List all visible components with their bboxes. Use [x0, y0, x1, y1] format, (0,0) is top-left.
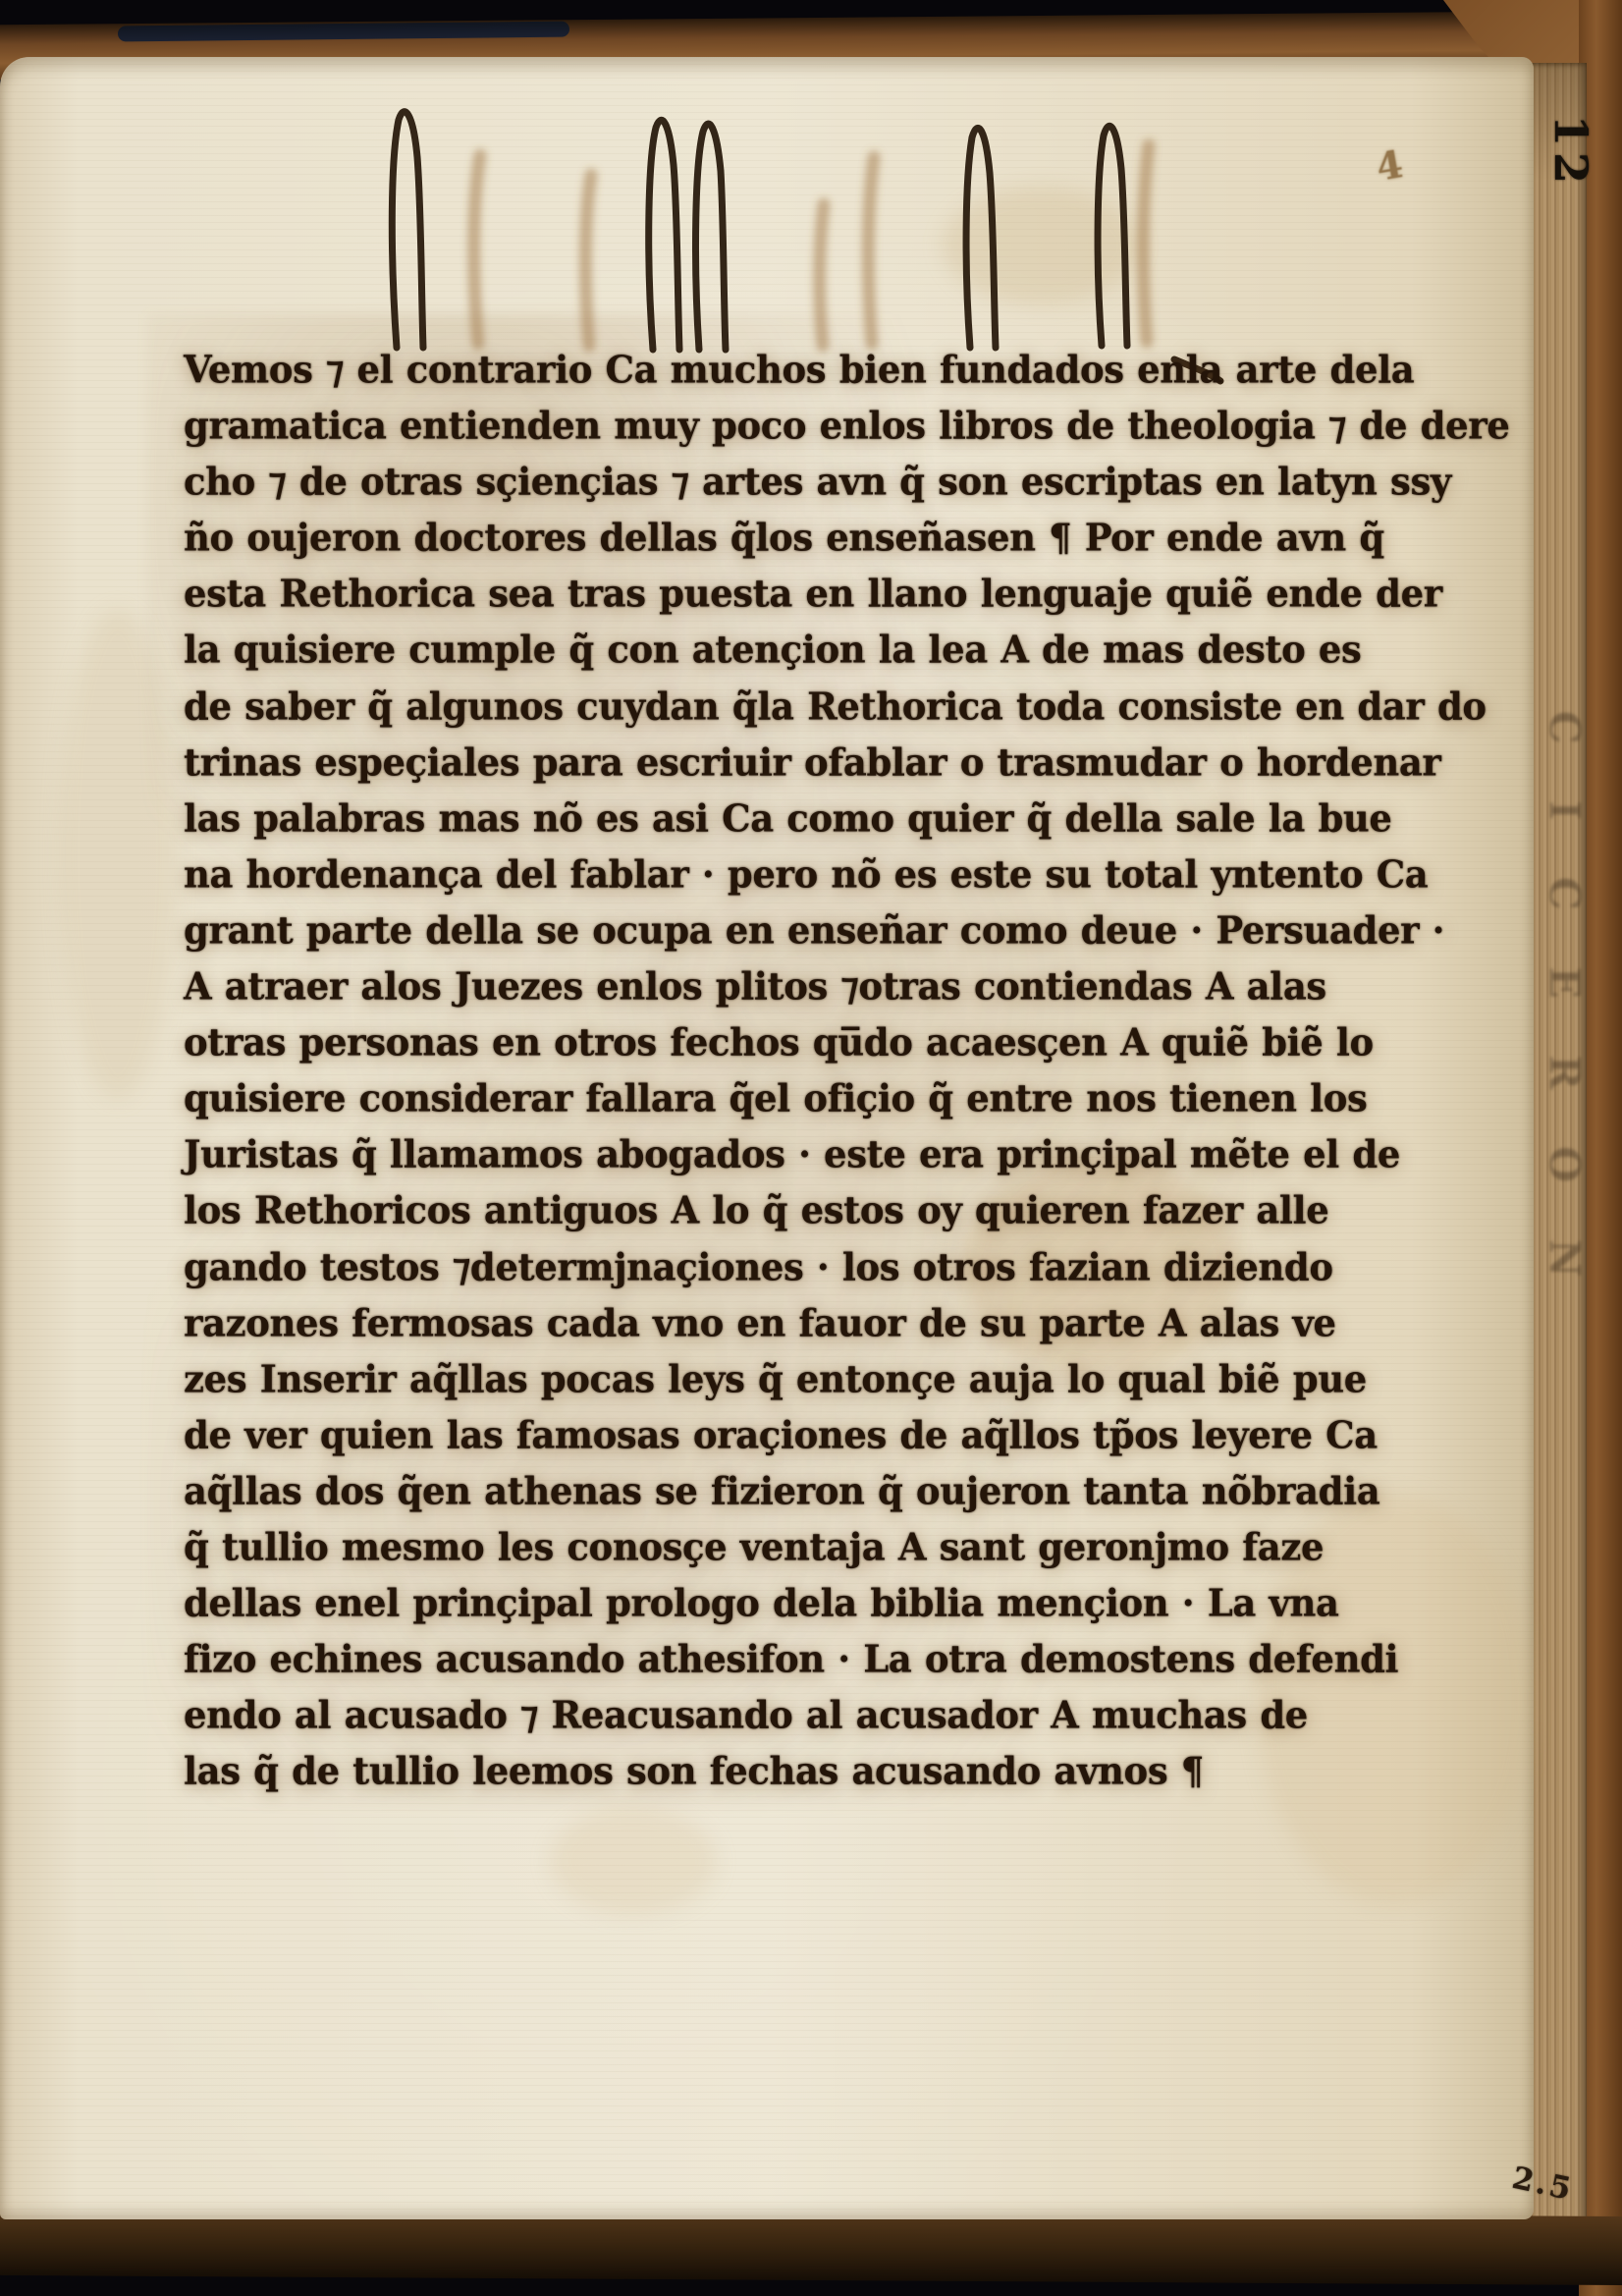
fore-edge-title: CICERON	[1541, 711, 1589, 1334]
manuscript-line: la quisiere cumple q̃ con atençion la le…	[184, 621, 1209, 679]
manuscript-line: q̃ tullio mesmo les conosçe ventaja A sa…	[184, 1518, 1209, 1576]
manuscript-line: esta Rethorica sea tras puesta en llano …	[184, 565, 1209, 623]
manuscript-line: ño oujeron doctores dellas q̃los enseñas…	[184, 509, 1209, 567]
manuscript-line: dellas enel prinçipal prologo dela bibli…	[184, 1574, 1209, 1632]
manuscript-line: na hordenança del fablar · pero nõ es es…	[184, 846, 1209, 903]
manuscript-line: otras personas en otros fechos qu̅do aca…	[184, 1013, 1209, 1071]
manuscript-line: trinas espeçiales para escriuir ofablar …	[184, 734, 1209, 792]
manuscript-line: Juristas q̃ llamamos abogados · este era…	[184, 1125, 1209, 1183]
manuscript-line: grant parte della se ocupa en enseñar co…	[184, 902, 1209, 959]
manuscript-line: endo al acusado ⁊ Reacusando al acusador…	[184, 1686, 1209, 1744]
manuscript-line: zes Inserir aq̃llas pocas leys q̃ entonç…	[184, 1350, 1209, 1408]
manuscript-line: gramatica entienden muy poco enlos libro…	[184, 397, 1209, 455]
paper-stain	[943, 187, 1139, 304]
manuscript-line: cho ⁊ de otras sçiençias ⁊ artes avn q̃ …	[184, 453, 1209, 511]
paper-stain	[550, 1807, 717, 1915]
fore-edge-number-top: 12	[1544, 105, 1597, 199]
manuscript-line: fizo echines acusando athesifon · La otr…	[184, 1630, 1209, 1688]
manuscript-line: Vemos ⁊ el contrario Ca muchos bien fund…	[184, 341, 1209, 399]
manuscript-photo: { "folio": { "number": "4" }, "fore_edge…	[0, 0, 1622, 2296]
manuscript-line: aq̃llas dos q̃en athenas se fizieron q̃ …	[184, 1462, 1209, 1520]
manuscript-line: las q̃ de tullio leemos son fechas acusa…	[184, 1742, 1209, 1800]
manuscript-line: las palabras mas nõ es asi Ca como quier…	[184, 790, 1209, 847]
text-block: Vemos ⁊ el contrario Ca muchos bien fund…	[184, 342, 1209, 1799]
manuscript-line: razones fermosas cada vno en fauor de su…	[184, 1293, 1209, 1351]
manuscript-line: de saber q̃ algunos cuydan q̃la Rethoric…	[184, 677, 1209, 735]
manuscript-line: quisiere considerar fallara q̃el ofiçio …	[184, 1069, 1209, 1127]
manuscript-line: gando testos ⁊determjnaçiones · los otro…	[184, 1237, 1209, 1295]
manuscript-line: los Rethoricos antiguos A lo q̃ estos oy…	[184, 1181, 1209, 1239]
manuscript-line: A atraer alos Juezes enlos plitos ⁊otras…	[184, 957, 1209, 1015]
manuscript-line: de ver quien las famosas oraçiones de aq…	[184, 1406, 1209, 1464]
